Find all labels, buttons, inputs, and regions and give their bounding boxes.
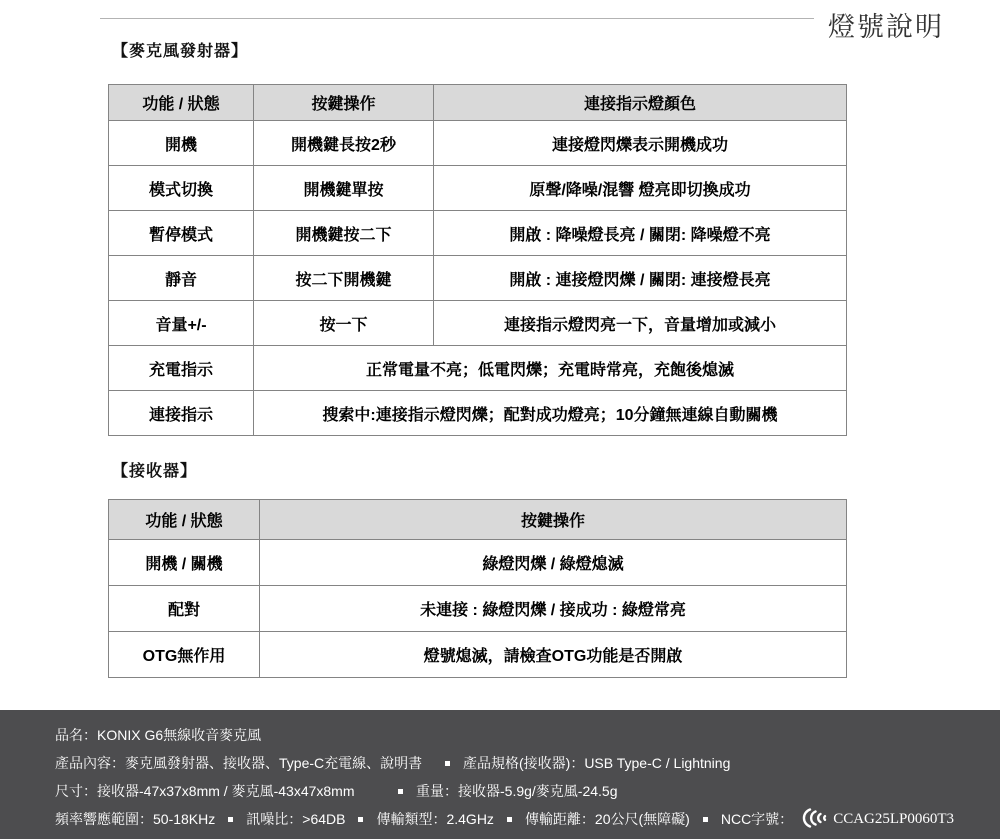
column-header: 按鍵操作 [254,85,434,121]
cell-function: 連接指示 [109,391,254,436]
cell-description: 正常電量不亮；低電閃爍；充電時常亮，充飽後熄滅 [254,346,847,391]
cell-description: 搜索中:連接指示燈閃爍；配對成功燈亮；10分鐘無連線自動關機 [254,391,847,436]
receiver-header-row: 功能 / 狀態 按鍵操作 [109,500,847,540]
footer-line-contents: 產品內容：麥克風發射器、接收器、Type-C充電線、說明書 產品規格(接收器)：… [55,749,1000,777]
column-header: 功能 / 狀態 [109,500,260,540]
cell-function: 模式切換 [109,166,254,211]
cell-operation: 按二下開機鍵 [254,256,434,301]
snr: 訊噪比：>64DB [246,809,345,829]
column-header: 按鍵操作 [260,500,847,540]
dimensions: 尺寸：接收器-47x37x8mm / 麥克風-43x47x8mm [55,781,385,801]
receiver-table: 功能 / 狀態 按鍵操作 開機 / 關機 綠燈閃爍 / 綠燈熄滅 配對 未連接 … [108,499,847,678]
cell-operation: 未連接 : 綠燈閃爍 / 接成功 : 綠燈常亮 [260,586,847,632]
transmission-distance: 傳輸距離：20公尺(無障礙) [525,809,690,829]
product-spec: 產品規格(接收器)：USB Type-C / Lightning [463,753,730,773]
page-title: 燈號說明 [828,5,944,44]
bullet-icon [398,789,403,794]
ncc-label: NCC字號： [721,809,793,829]
table-row: 暫停模式 開機鍵按二下 開啟 : 降噪燈長亮 / 關閉: 降噪燈不亮 [109,211,847,256]
table-row: 開機 / 關機 綠燈閃爍 / 綠燈熄滅 [109,540,847,586]
transmitter-section-label: 【麥克風發射器】 [112,38,248,61]
cell-operation: 燈號熄滅，請檢查OTG功能是否開啟 [260,632,847,678]
weight: 重量：接收器-5.9g/麥克風-24.5g [416,781,618,801]
ncc-waves-icon [801,807,829,832]
transmission-type: 傳輸類型：2.4GHz [376,809,493,829]
manual-page: { "page": { "title": "燈號說明" }, "transmit… [0,0,1000,839]
cell-function: 配對 [109,586,260,632]
cell-indicator: 連接燈閃爍表示開機成功 [434,121,847,166]
bullet-icon [445,761,450,766]
table-row: 配對 未連接 : 綠燈閃爍 / 接成功 : 綠燈常亮 [109,586,847,632]
frequency-range: 頻率響應範圍：50-18KHz [55,809,215,829]
column-header: 功能 / 狀態 [109,85,254,121]
cell-operation: 綠燈閃爍 / 綠燈熄滅 [260,540,847,586]
cell-function: OTG無作用 [109,632,260,678]
cell-function: 開機 [109,121,254,166]
transmitter-table: 功能 / 狀態 按鍵操作 連接指示燈顏色 開機 開機鍵長按2秒 連接燈閃爍表示開… [108,84,847,436]
table-row: 音量+/- 按一下 連接指示燈閃亮一下，音量增加或減小 [109,301,847,346]
cell-indicator: 連接指示燈閃亮一下，音量增加或減小 [434,301,847,346]
cell-indicator: 開啟 : 降噪燈長亮 / 關閉: 降噪燈不亮 [434,211,847,256]
column-header: 連接指示燈顏色 [434,85,847,121]
cell-operation: 開機鍵單按 [254,166,434,211]
bullet-icon [703,817,708,822]
product-contents: 產品內容：麥克風發射器、接收器、Type-C充電線、說明書 [55,753,432,773]
cell-function: 音量+/- [109,301,254,346]
product-info-footer: 品名：KONIX G6無線收音麥克風 產品內容：麥克風發射器、接收器、Type-… [0,710,1000,839]
ncc-certificate-number: CCAG25LP0060T3 [833,811,954,828]
table-row: 模式切換 開機鍵單按 原聲/降噪/混響 燈亮即切換成功 [109,166,847,211]
product-name: 品名：KONIX G6無線收音麥克風 [55,725,261,745]
table-row: OTG無作用 燈號熄滅，請檢查OTG功能是否開啟 [109,632,847,678]
table-row: 靜音 按二下開機鍵 開啟 : 連接燈閃爍 / 關閉: 連接燈長亮 [109,256,847,301]
receiver-section-label: 【接收器】 [112,458,197,481]
cell-function: 暫停模式 [109,211,254,256]
cell-function: 充電指示 [109,346,254,391]
cell-operation: 開機鍵按二下 [254,211,434,256]
bullet-icon [358,817,363,822]
cell-operation: 開機鍵長按2秒 [254,121,434,166]
cell-function: 靜音 [109,256,254,301]
footer-line-product-name: 品名：KONIX G6無線收音麥克風 [55,721,1000,749]
header-rule [100,18,814,19]
cell-function: 開機 / 關機 [109,540,260,586]
table-row: 開機 開機鍵長按2秒 連接燈閃爍表示開機成功 [109,121,847,166]
bullet-icon [507,817,512,822]
cell-indicator: 開啟 : 連接燈閃爍 / 關閉: 連接燈長亮 [434,256,847,301]
footer-line-wireless-specs: 頻率響應範圍：50-18KHz 訊噪比：>64DB 傳輸類型：2.4GHz 傳輸… [55,805,1000,833]
bullet-icon [228,817,233,822]
cell-operation: 按一下 [254,301,434,346]
table-row: 充電指示 正常電量不亮；低電閃爍；充電時常亮，充飽後熄滅 [109,346,847,391]
table-row: 連接指示 搜索中:連接指示燈閃爍；配對成功燈亮；10分鐘無連線自動關機 [109,391,847,436]
transmitter-header-row: 功能 / 狀態 按鍵操作 連接指示燈顏色 [109,85,847,121]
cell-indicator: 原聲/降噪/混響 燈亮即切換成功 [434,166,847,211]
footer-line-dimensions: 尺寸：接收器-47x37x8mm / 麥克風-43x47x8mm 重量：接收器-… [55,777,1000,805]
